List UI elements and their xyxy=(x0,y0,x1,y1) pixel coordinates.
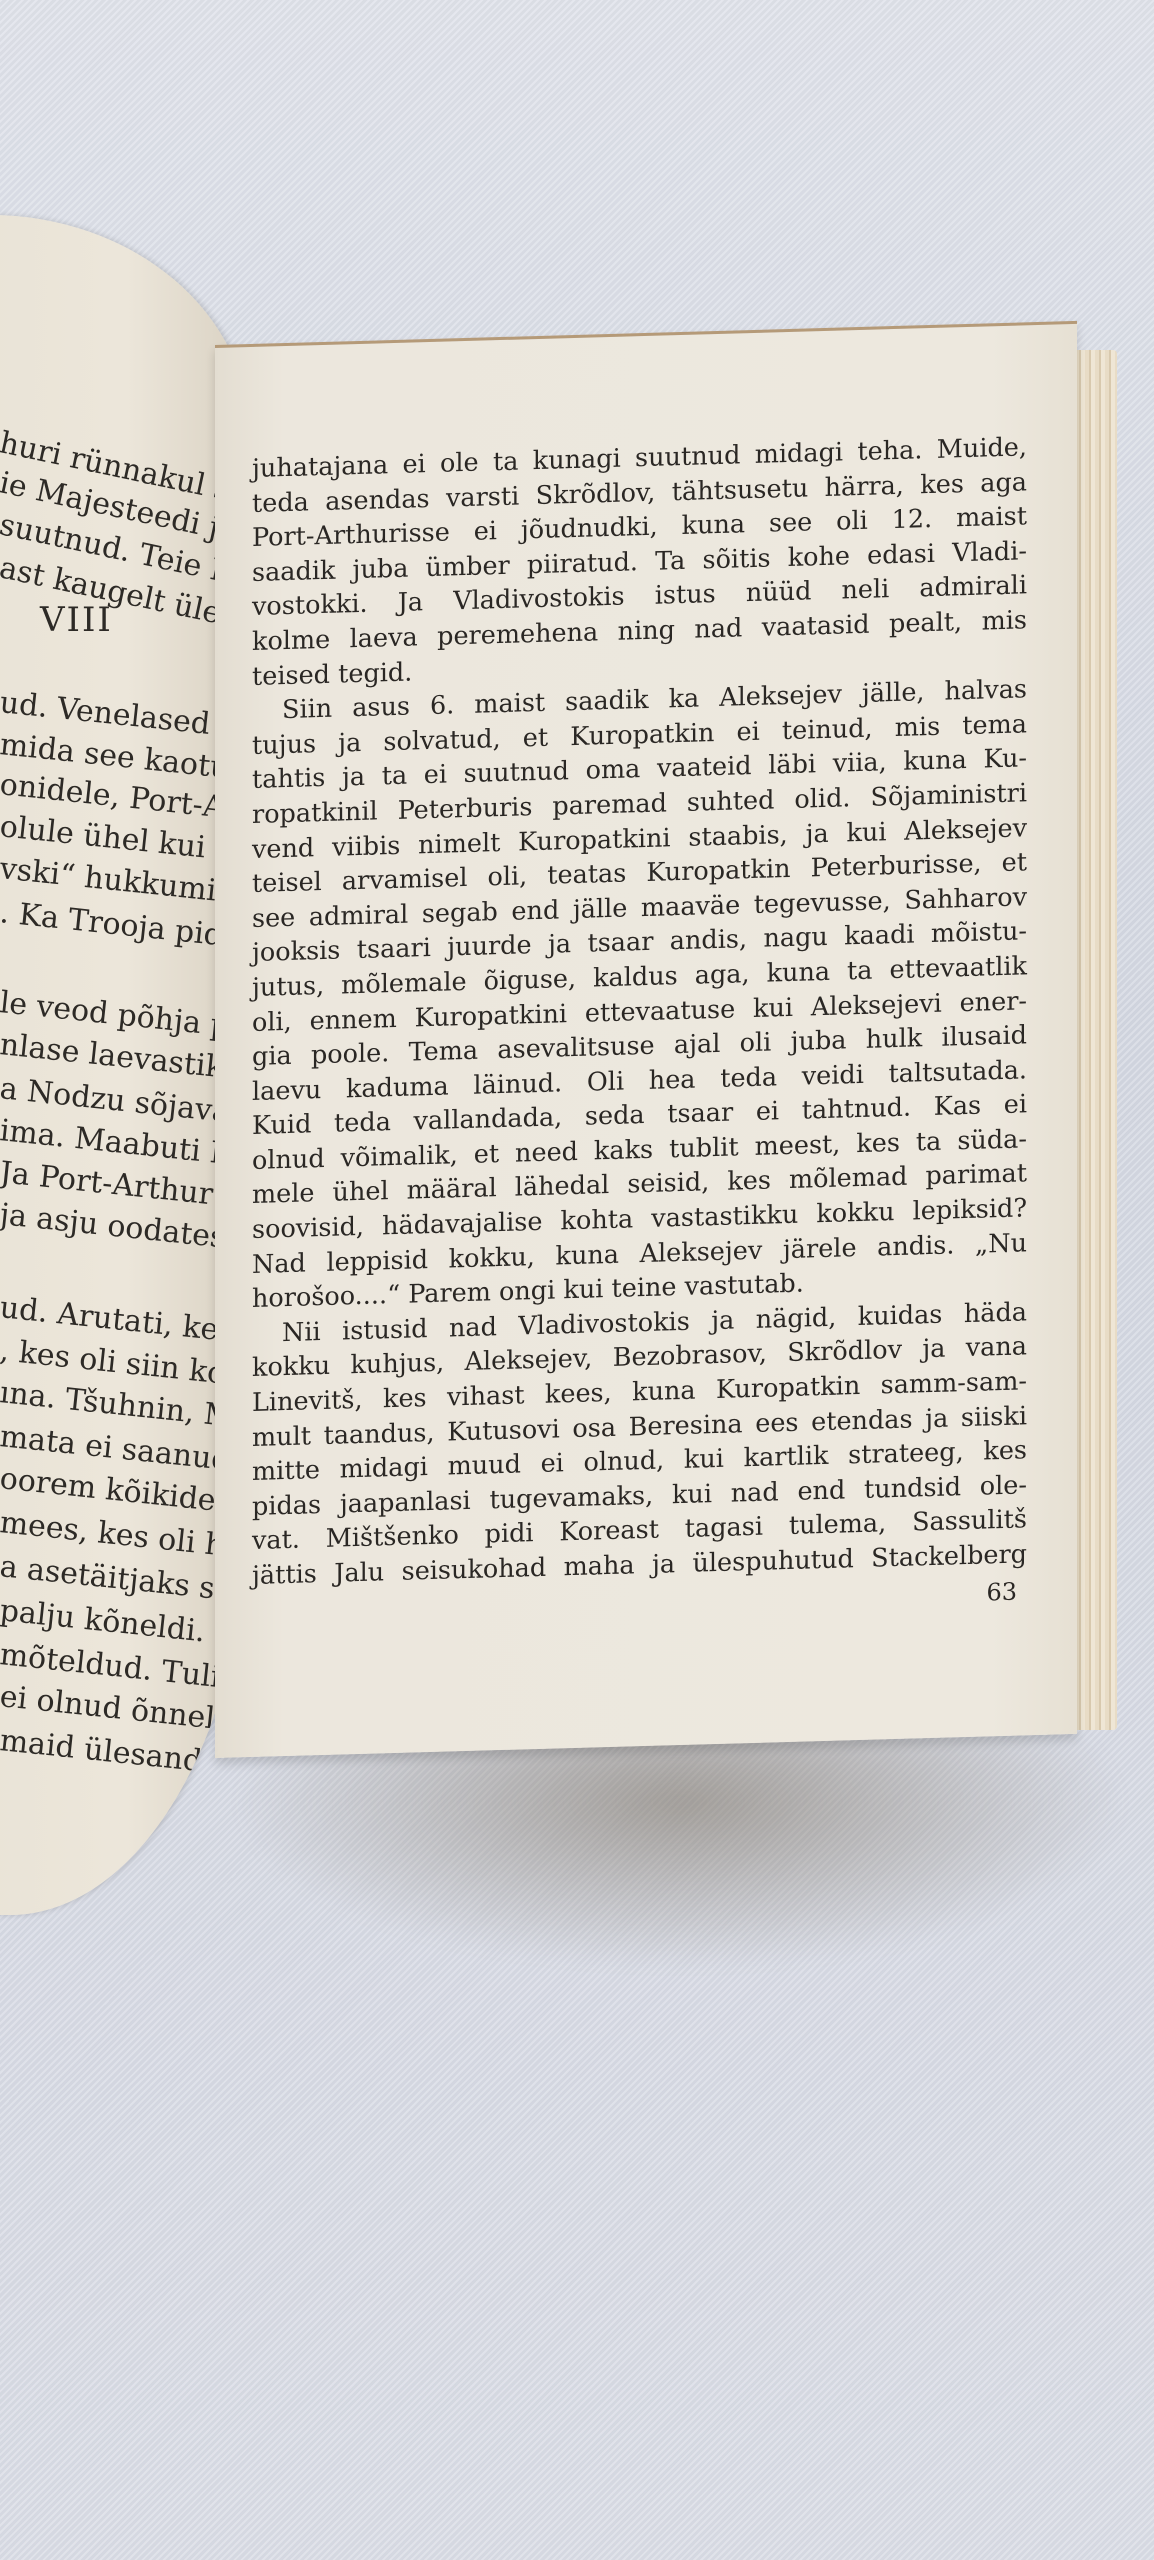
page-number: 63 xyxy=(986,1578,1017,1607)
chapter-heading: VIII xyxy=(40,600,113,640)
left-page: huri rünnakul saavutatudie Majesteedi jõ… xyxy=(0,215,250,1915)
book-shadow xyxy=(230,1730,1130,1970)
right-page: juhatajana ei ole ta kunagi suutnud mida… xyxy=(215,321,1077,1758)
page-body-text: juhatajana ei ole ta kunagi suutnud mida… xyxy=(252,430,1027,1593)
